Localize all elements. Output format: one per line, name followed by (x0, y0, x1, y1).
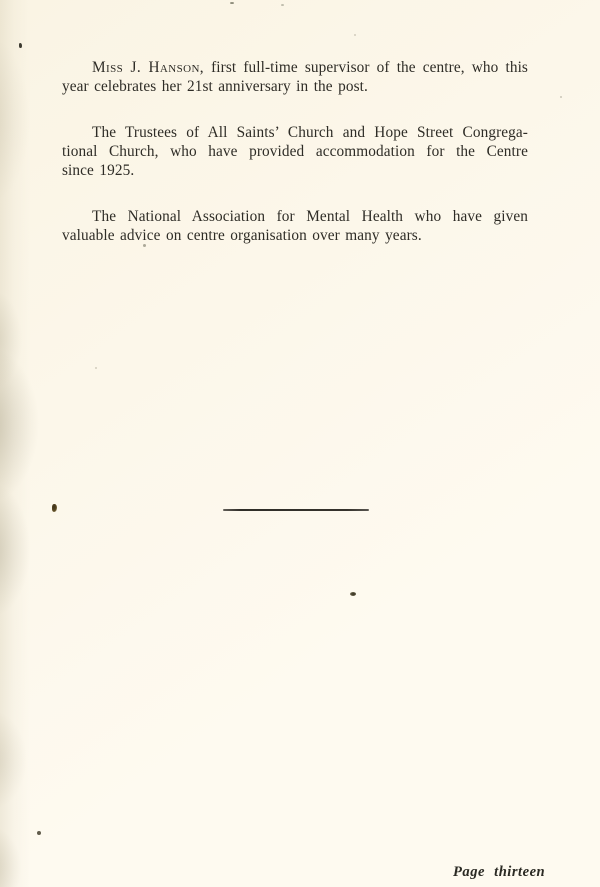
paper-speck (52, 504, 57, 512)
text-line-rest: first full-time supervisor of the centre… (211, 59, 528, 76)
scanned-page: Miss J. Hanson, first full-time supervis… (0, 0, 600, 887)
paragraph: The Trustees of All Saints’ Church and H… (62, 123, 528, 180)
paper-speck (230, 2, 234, 4)
text-line: year celebrates her 21st anniversary in … (62, 77, 528, 96)
paper-speck (37, 831, 41, 835)
section-divider-rule (223, 509, 369, 511)
paper-speck (560, 96, 562, 98)
person-name-smallcaps: Miss J. Hanson, (92, 59, 204, 76)
text-line: since 1925. (62, 161, 528, 180)
paper-speck (281, 4, 284, 6)
paper-speck (19, 43, 22, 48)
paper-speck (354, 34, 356, 36)
paper-speck (143, 244, 146, 247)
acknowledgements-text: Miss J. Hanson, first full-time supervis… (62, 58, 528, 245)
paragraph: The National Association for Mental Heal… (62, 207, 528, 245)
text-line: The Trustees of All Saints’ Church and H… (62, 123, 528, 142)
text-line: The National Association for Mental Heal… (62, 207, 528, 226)
paragraph: Miss J. Hanson, first full-time supervis… (62, 58, 528, 96)
text-line: tional Church, who have provided accommo… (62, 142, 528, 161)
text-line: Miss J. Hanson, first full-time supervis… (62, 58, 528, 77)
text-line: valuable advice on centre organisation o… (62, 226, 528, 245)
paper-speck (95, 367, 97, 369)
page-number: Page thirteen (453, 864, 545, 881)
paper-speck (350, 592, 356, 596)
